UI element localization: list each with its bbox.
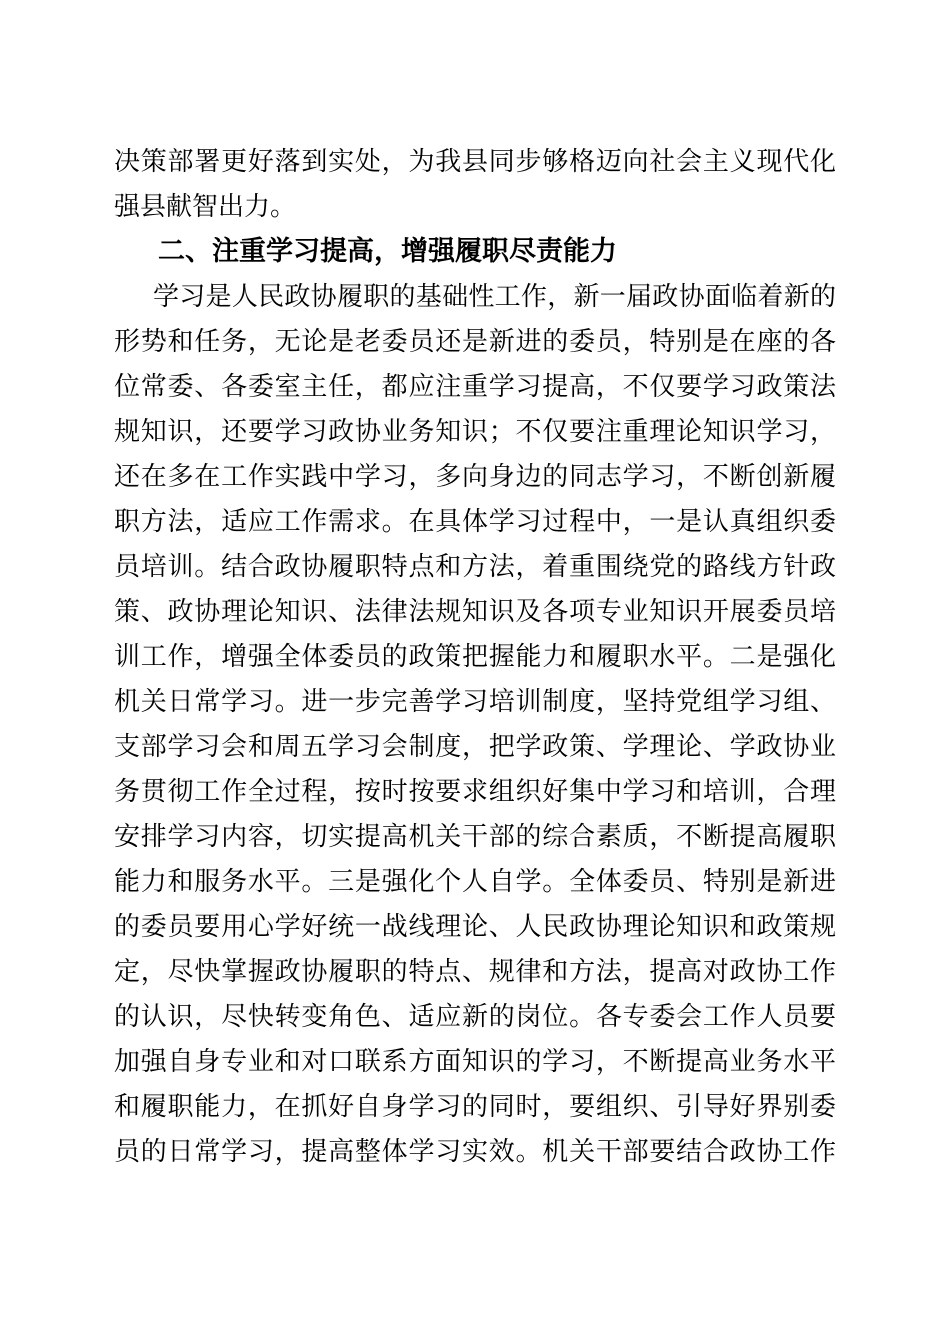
body-paragraph: 学习是人民政协履职的基础性工作，新一届政协面临着新的形势和任务，无论是老委员还是… bbox=[114, 274, 836, 1174]
document-page: 决策部署更好落到实处，为我县同步够格迈向社会主义现代化强县献智出力。 二、注重学… bbox=[0, 0, 950, 1344]
text-line: 职方法，适应工作需求。在具体学习过程中，一是认真组织委 bbox=[114, 499, 836, 544]
text-line: 加强自身专业和对口联系方面知识的学习，不断提高业务水平 bbox=[114, 1039, 836, 1084]
text-line: 机关日常学习。进一步完善学习培训制度，坚持党组学习组、 bbox=[114, 679, 836, 724]
text-line: 定，尽快掌握政协履职的特点、规律和方法，提高对政协工作 bbox=[114, 949, 836, 994]
text-line: 的委员要用心学好统一战线理论、人民政协理论知识和政策规 bbox=[114, 904, 836, 949]
section-heading: 二、注重学习提高，增强履职尽责能力 bbox=[114, 229, 836, 274]
text-line: 策、政协理论知识、法律法规知识及各项专业知识开展委员培 bbox=[114, 589, 836, 634]
text-line: 学习是人民政协履职的基础性工作，新一届政协面临着新的 bbox=[114, 274, 836, 319]
text-line: 还在多在工作实践中学习，多向身边的同志学习，不断创新履 bbox=[114, 454, 836, 499]
text-line: 务贯彻工作全过程，按时按要求组织好集中学习和培训，合理 bbox=[114, 769, 836, 814]
text-line: 员培训。结合政协履职特点和方法，着重围绕党的路线方针政 bbox=[114, 544, 836, 589]
text-line: 强县献智出力。 bbox=[114, 184, 836, 229]
text-line: 形势和任务，无论是老委员还是新进的委员，特别是在座的各 bbox=[114, 319, 836, 364]
text-line: 员的日常学习，提高整体学习实效。机关干部要结合政协工作 bbox=[114, 1129, 836, 1174]
text-line: 位常委、各委室主任，都应注重学习提高，不仅要学习政策法 bbox=[114, 364, 836, 409]
text-line: 安排学习内容，切实提高机关干部的综合素质，不断提高履职 bbox=[114, 814, 836, 859]
section-heading-text: 二、注重学习提高，增强履职尽责能力 bbox=[158, 236, 617, 266]
document-content: 决策部署更好落到实处，为我县同步够格迈向社会主义现代化强县献智出力。 二、注重学… bbox=[114, 139, 836, 1174]
text-line: 的认识，尽快转变角色、适应新的岗位。各专委会工作人员要 bbox=[114, 994, 836, 1039]
paragraph-continuation: 决策部署更好落到实处，为我县同步够格迈向社会主义现代化强县献智出力。 bbox=[114, 139, 836, 229]
text-line: 决策部署更好落到实处，为我县同步够格迈向社会主义现代化 bbox=[114, 139, 836, 184]
text-line: 能力和服务水平。三是强化个人自学。全体委员、特别是新进 bbox=[114, 859, 836, 904]
text-line: 训工作，增强全体委员的政策把握能力和履职水平。二是强化 bbox=[114, 634, 836, 679]
text-line: 规知识，还要学习政协业务知识；不仅要注重理论知识学习， bbox=[114, 409, 836, 454]
text-line: 支部学习会和周五学习会制度，把学政策、学理论、学政协业 bbox=[114, 724, 836, 769]
text-line: 和履职能力，在抓好自身学习的同时，要组织、引导好界别委 bbox=[114, 1084, 836, 1129]
